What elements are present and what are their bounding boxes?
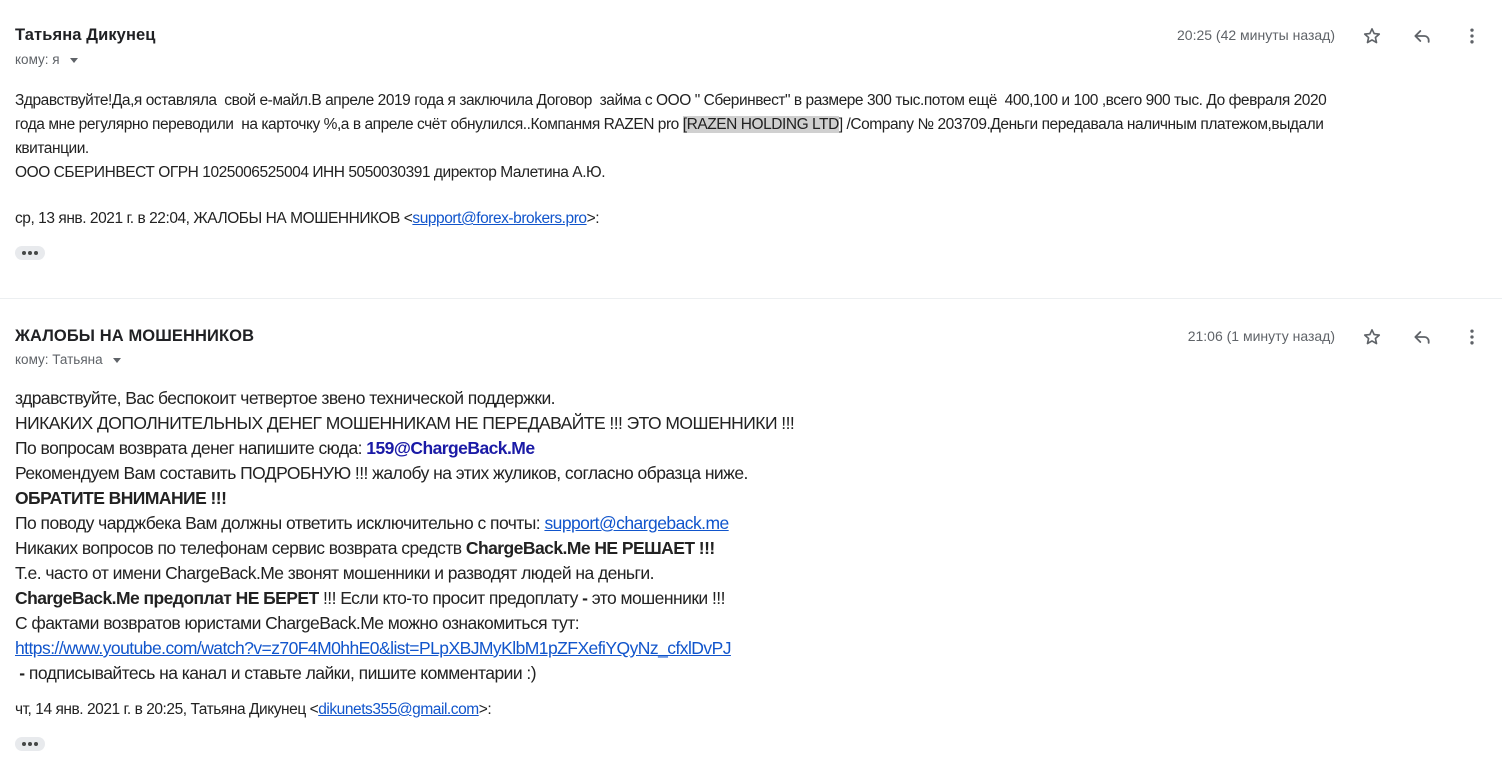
body-line: НИКАКИХ ДОПОЛНИТЕЛЬНЫХ ДЕНЕГ МОШЕННИКАМ … [15, 411, 1490, 436]
email-message: ЖАЛОБЫ НА МОШЕННИКОВ кому: Татьяна 21:06… [0, 0, 1502, 461]
chargeback-email: 159@ChargeBack.Me [366, 438, 534, 458]
body-line: ChargeBack.Me предоплат НЕ БЕРЕТ !!! Есл… [15, 586, 1490, 611]
email-link[interactable]: dikunets355@gmail.com [318, 701, 479, 718]
quoted-message-header: чт, 14 янв. 2021 г. в 20:25, Татьяна Дик… [15, 701, 491, 719]
message-body: здравствуйте, Вас беспокоит четвертое зв… [15, 386, 1490, 686]
body-line: Никаких вопросов по телефонам сервис воз… [15, 536, 1490, 561]
show-trimmed-content-button[interactable] [15, 737, 45, 751]
youtube-link[interactable]: https://www.youtube.com/watch?v=z70F4M0h… [15, 638, 731, 658]
dot [34, 742, 38, 746]
body-line: https://www.youtube.com/watch?v=z70F4M0h… [15, 636, 1490, 661]
body-line: По поводу чарджбека Вам должны ответить … [15, 511, 1490, 536]
body-line: Т.е. часто от имени ChargeBack.Me звонят… [15, 561, 1490, 586]
email-link[interactable]: support@chargeback.me [544, 513, 728, 533]
recipient-details-toggle[interactable]: кому: Татьяна [15, 352, 121, 367]
recipient-label: кому: Татьяна [15, 352, 103, 367]
star-button[interactable] [1360, 325, 1384, 349]
reply-icon [1412, 327, 1432, 347]
more-options-button[interactable] [1460, 325, 1484, 349]
body-line: - подписывайтесь на канал и ставьте лайк… [15, 661, 1490, 686]
body-line: По вопросам возврата денег напишите сюда… [15, 436, 1490, 461]
message-timestamp: 21:06 (1 минуту назад) [1188, 328, 1335, 344]
body-line: С фактами возвратов юристами ChargeBack.… [15, 611, 1490, 636]
body-line: ОБРАТИТЕ ВНИМАНИЕ !!! [15, 486, 1490, 511]
body-line: здравствуйте, Вас беспокоит четвертое зв… [15, 386, 1490, 411]
body-line: Рекомендуем Вам составить ПОДРОБНУЮ !!! … [15, 461, 1490, 486]
star-icon [1362, 327, 1382, 347]
dot [22, 742, 26, 746]
dot [28, 742, 32, 746]
reply-button[interactable] [1410, 325, 1434, 349]
more-vert-icon [1462, 327, 1482, 347]
chevron-down-icon [113, 358, 121, 363]
sender-name: ЖАЛОБЫ НА МОШЕННИКОВ [15, 327, 254, 346]
